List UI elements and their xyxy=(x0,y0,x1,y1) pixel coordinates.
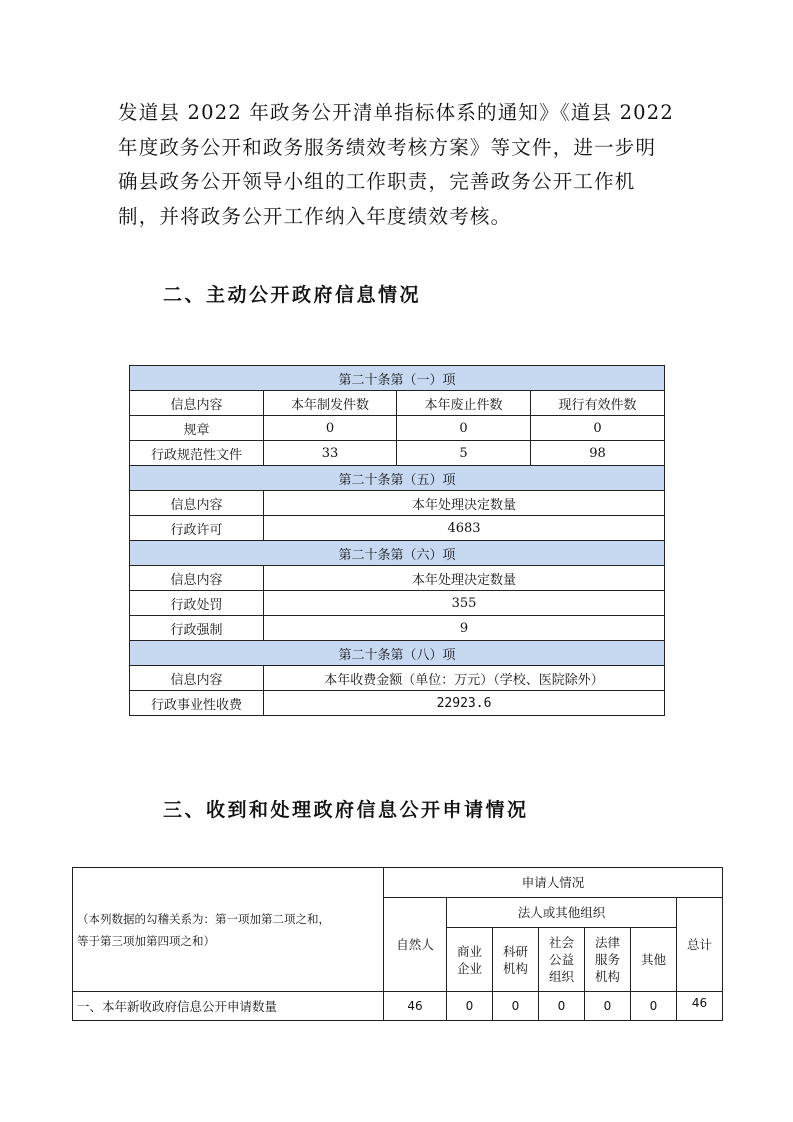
table-row: 行政事业性收费 22923.6 xyxy=(130,691,665,716)
table-row: 行政许可 4683 xyxy=(130,516,665,541)
paragraph-line: 确县政务公开领导小组的工作职责，完善政务公开工作机 xyxy=(118,165,678,200)
note-line: （本列数据的勾稽关系为：第一项加第二项之和， xyxy=(77,908,383,930)
paragraph-line: 发道县 2022 年政务公开清单指标体系的通知》《道县 2022 xyxy=(118,96,678,131)
legal-org-header: 法人或其他组织 xyxy=(447,898,677,928)
table-row: 行政处罚 355 xyxy=(130,591,665,616)
section-heading-3: 三、收到和处理政府信息公开申请情况 xyxy=(163,795,529,822)
applicant-header: 申请人情况 xyxy=(384,868,723,898)
cell-value: 9 xyxy=(264,616,665,641)
column-header: 信息内容 xyxy=(130,491,264,516)
column-header: 本年收费金额（单位：万元）（学校、医院除外） xyxy=(264,666,665,691)
cell-value: 22923.6 xyxy=(264,691,665,716)
cell-value: 0 xyxy=(397,416,531,441)
cell-value: 0 xyxy=(447,992,493,1021)
org-column-header: 社会公益组织 xyxy=(539,928,585,992)
column-header: 本年废止件数 xyxy=(397,391,531,416)
column-header: 本年制发件数 xyxy=(264,391,397,416)
proactive-disclosure-table: 第二十条第（一）项 信息内容 本年制发件数 本年废止件数 现行有效件数 规章 0… xyxy=(129,365,665,716)
cell-value: 0 xyxy=(631,992,677,1021)
cell-value: 46 xyxy=(384,992,447,1021)
cell-value: 5 xyxy=(397,441,531,466)
column-header: 信息内容 xyxy=(130,391,264,416)
org-column-header: 其他 xyxy=(631,928,677,992)
item6-header: 第二十条第（六）项 xyxy=(130,541,665,566)
paragraph-line: 年度政务公开和政务服务绩效考核方案》等文件，进一步明 xyxy=(118,131,678,166)
cell-value: 355 xyxy=(264,591,665,616)
item5-header: 第二十条第（五）项 xyxy=(130,466,665,491)
relation-note: （本列数据的勾稽关系为：第一项加第二项之和， 等于第三项加第四项之和） xyxy=(73,868,384,992)
cell-value: 0 xyxy=(531,416,665,441)
org-column-header: 法律服务机构 xyxy=(585,928,631,992)
column-header: 本年处理决定数量 xyxy=(264,491,665,516)
paragraph-line: 制，并将政务公开工作纳入年度绩效考核。 xyxy=(118,200,678,235)
item8-header: 第二十条第（八）项 xyxy=(130,641,665,666)
table-row: 规章 0 0 0 xyxy=(130,416,665,441)
cell-value: 0 xyxy=(264,416,397,441)
natural-person-header: 自然人 xyxy=(384,898,447,992)
column-header: 信息内容 xyxy=(130,666,264,691)
row-label: 行政事业性收费 xyxy=(130,691,264,716)
cell-value: 4683 xyxy=(264,516,665,541)
table-row: 一、本年新收政府信息公开申请数量 46 0 0 0 0 0 46 xyxy=(73,992,723,1021)
column-header: 现行有效件数 xyxy=(531,391,665,416)
cell-value: 98 xyxy=(531,441,665,466)
row-label: 行政处罚 xyxy=(130,591,264,616)
cell-value: 0 xyxy=(493,992,539,1021)
table-row: 行政规范性文件 33 5 98 xyxy=(130,441,665,466)
row-label: 一、本年新收政府信息公开申请数量 xyxy=(73,992,384,1021)
row-label: 规章 xyxy=(130,416,264,441)
cell-value: 0 xyxy=(539,992,585,1021)
row-label: 行政强制 xyxy=(130,616,264,641)
section-heading-2: 二、主动公开政府信息情况 xyxy=(163,280,421,307)
table-row: 行政强制 9 xyxy=(130,616,665,641)
note-line: 等于第三项加第四项之和） xyxy=(77,930,383,952)
cell-value: 33 xyxy=(264,441,397,466)
row-label: 行政许可 xyxy=(130,516,264,541)
cell-value: 46 xyxy=(677,992,723,1021)
row-label: 行政规范性文件 xyxy=(130,441,264,466)
cell-value: 0 xyxy=(585,992,631,1021)
application-table: （本列数据的勾稽关系为：第一项加第二项之和， 等于第三项加第四项之和） 申请人情… xyxy=(72,867,723,1021)
column-header: 信息内容 xyxy=(130,566,264,591)
item1-header: 第二十条第（一）项 xyxy=(130,366,665,391)
org-column-header: 科研机构 xyxy=(493,928,539,992)
column-header: 本年处理决定数量 xyxy=(264,566,665,591)
body-paragraph: 发道县 2022 年政务公开清单指标体系的通知》《道县 2022 年度政务公开和… xyxy=(118,96,678,234)
total-header: 总计 xyxy=(677,898,723,992)
org-column-header: 商业企业 xyxy=(447,928,493,992)
